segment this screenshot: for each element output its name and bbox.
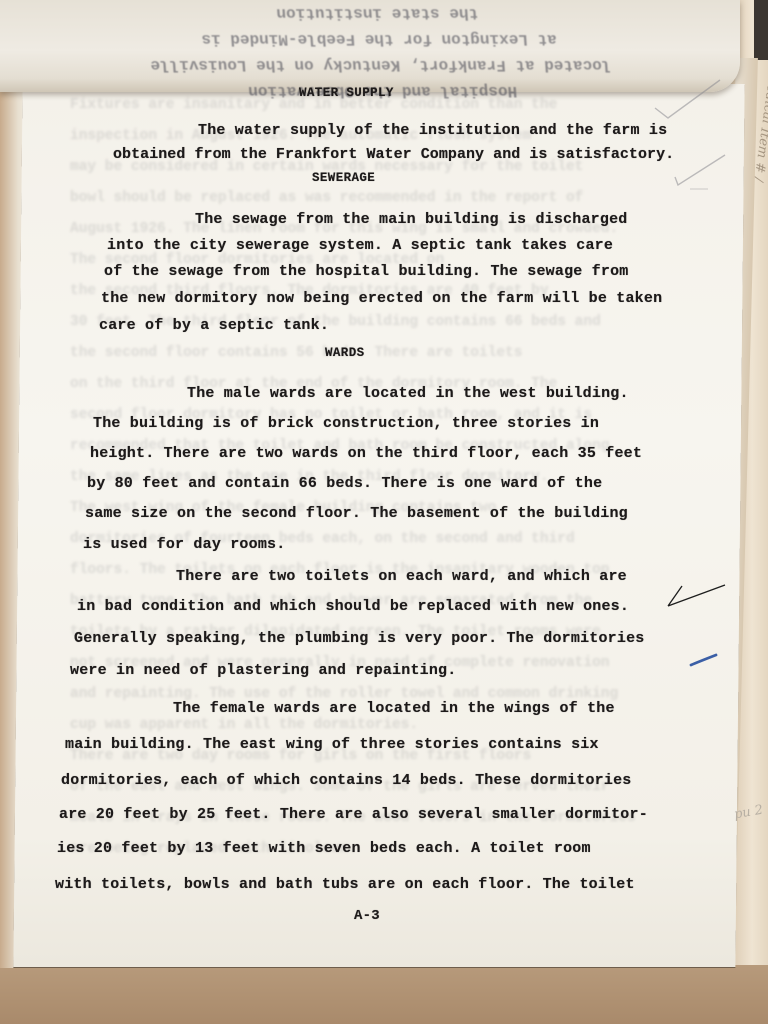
text-line: is used for day rooms. bbox=[83, 536, 285, 553]
heading-wards: WARDS bbox=[325, 346, 365, 360]
text-line: The female wards are located in the wing… bbox=[173, 700, 615, 717]
text-line: were in need of plastering and repaintin… bbox=[70, 662, 456, 679]
text-line: in bad condition and which should be rep… bbox=[77, 598, 629, 615]
text-line: The male wards are located in the west b… bbox=[187, 385, 629, 402]
text-line: The building is of brick construction, t… bbox=[93, 415, 599, 432]
text-line: The water supply of the institution and … bbox=[198, 122, 667, 139]
ink-check-icon bbox=[665, 578, 735, 618]
text-line: care of by a septic tank. bbox=[99, 317, 329, 334]
heading-sewerage: SEWERAGE bbox=[312, 171, 375, 185]
text-line: Generally speaking, the plumbing is very… bbox=[74, 630, 645, 647]
text-line: obtained from the Frankfort Water Compan… bbox=[113, 146, 674, 163]
text-line: the new dormitory now being erected on t… bbox=[101, 290, 662, 307]
text-line: are 20 feet by 25 feet. There are also s… bbox=[59, 806, 648, 823]
text-line: by 80 feet and contain 66 beds. There is… bbox=[87, 475, 602, 492]
text-line: same size on the second floor. The basem… bbox=[85, 505, 628, 522]
text-line: main building. The east wing of three st… bbox=[65, 736, 599, 753]
text-line: There are two toilets on each ward, and … bbox=[176, 568, 627, 585]
page-number: A-3 bbox=[354, 908, 380, 924]
text-line: height. There are two wards on the third… bbox=[90, 445, 642, 462]
pencil-check-icon bbox=[650, 60, 760, 140]
heading-water-supply: WATER SUPPLY bbox=[299, 86, 394, 100]
text-line: with toilets, bowls and bath tubs are on… bbox=[55, 876, 635, 893]
text-line: of the sewage from the hospital building… bbox=[104, 263, 628, 280]
typed-text: WATER SUPPLY The water supply of the ins… bbox=[0, 0, 768, 1024]
text-line: into the city sewerage system. A septic … bbox=[107, 237, 613, 254]
blue-check-icon bbox=[688, 650, 728, 675]
text-line: The sewage from the main building is dis… bbox=[195, 211, 627, 228]
text-line: ies 20 feet by 13 feet with seven beds e… bbox=[57, 840, 591, 857]
pencil-check-icon bbox=[670, 145, 768, 205]
text-line: dormitories, each of which contains 14 b… bbox=[61, 772, 632, 789]
